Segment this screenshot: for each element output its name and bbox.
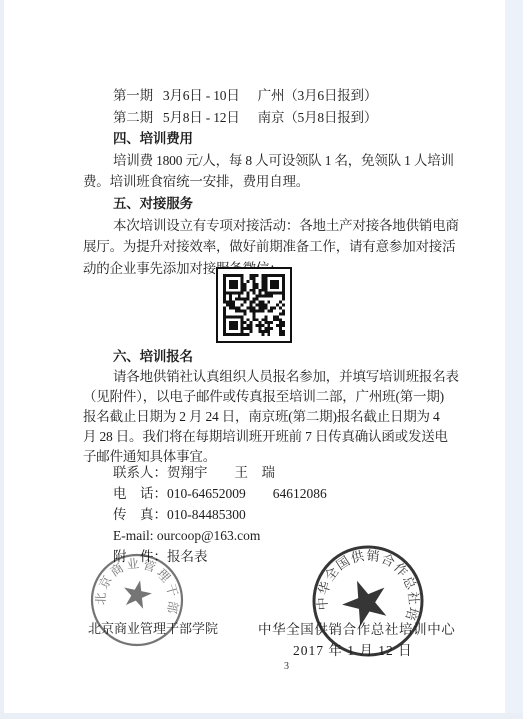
section-heading-registration: 六、培训报名 [83, 347, 461, 367]
session-dates: 5月8日 - 12日 [163, 110, 240, 125]
section-heading-matchmaking: 五、对接服务 [83, 193, 459, 215]
scan-margin-bottom [0, 713, 523, 719]
section-body-registration: 请各地供销社认真组织人员报名参加，并填写培训班报名表 （见附件），以电子邮件或传… [83, 367, 461, 467]
upper-text-block: 第一期3月6日 - 10日广州（3月6日报到） 第二期5月8日 - 12日南京（… [83, 85, 459, 279]
session-period: 第一期 [113, 88, 153, 103]
session-period: 第二期 [113, 110, 153, 125]
phone-line: 电 话：010-64652009 64612086 [113, 483, 327, 504]
contact-label: 电 话： [113, 486, 167, 501]
scanned-document-page: 第一期3月6日 - 10日广州（3月6日报到） 第二期5月8日 - 12日南京（… [0, 0, 523, 719]
contact-value: ourcoop@163.com [154, 528, 261, 543]
page-number: 3 [284, 661, 289, 672]
session-location: 广州（3月6日报到） [258, 88, 378, 103]
scan-margin-left [0, 0, 4, 719]
contact-value: 010-64652009 64612086 [167, 486, 327, 501]
contact-value: 010-84485300 [167, 507, 246, 522]
email-line: E-mail: ourcoop@163.com [113, 525, 327, 546]
schedule-line-2: 第二期5月8日 - 12日南京（5月8日报到） [83, 107, 459, 129]
contact-label: 联系人： [113, 465, 167, 480]
fax-line: 传 真：010-84485300 [113, 504, 327, 525]
contact-value: 贺翔宇 王 瑞 [167, 465, 275, 480]
scan-margin-right [505, 0, 523, 719]
registration-text-block: 六、培训报名 请各地供销社认真组织人员报名参加，并填写培训班报名表 （见附件），… [83, 347, 461, 467]
contact-label: 传 真： [113, 507, 167, 522]
qr-code-icon [223, 274, 285, 336]
wechat-qr-code [216, 267, 292, 343]
session-location: 南京（5月8日报到） [258, 110, 378, 125]
schedule-line-1: 第一期3月6日 - 10日广州（3月6日报到） [83, 85, 459, 107]
official-seal-left: 北京商业管理干部学院 [82, 545, 192, 655]
section-body-fees: 培训费 1800 元/人，每 8 人可设领队 1 名，免领队 1 人培训 费。培… [83, 150, 459, 193]
session-dates: 3月6日 - 10日 [163, 88, 240, 103]
section-heading-fees: 四、培训费用 [83, 128, 459, 150]
star-icon [121, 577, 155, 609]
contact-person-line: 联系人：贺翔宇 王 瑞 [113, 462, 327, 483]
issuer-right: 中华全国供销合作总社培训中心 [258, 618, 455, 638]
document-date: 2017 年 1 月 12 日 [293, 639, 413, 659]
contact-label: E-mail: [113, 528, 154, 543]
issuer-left: 北京商业管理干部学院 [88, 618, 218, 637]
